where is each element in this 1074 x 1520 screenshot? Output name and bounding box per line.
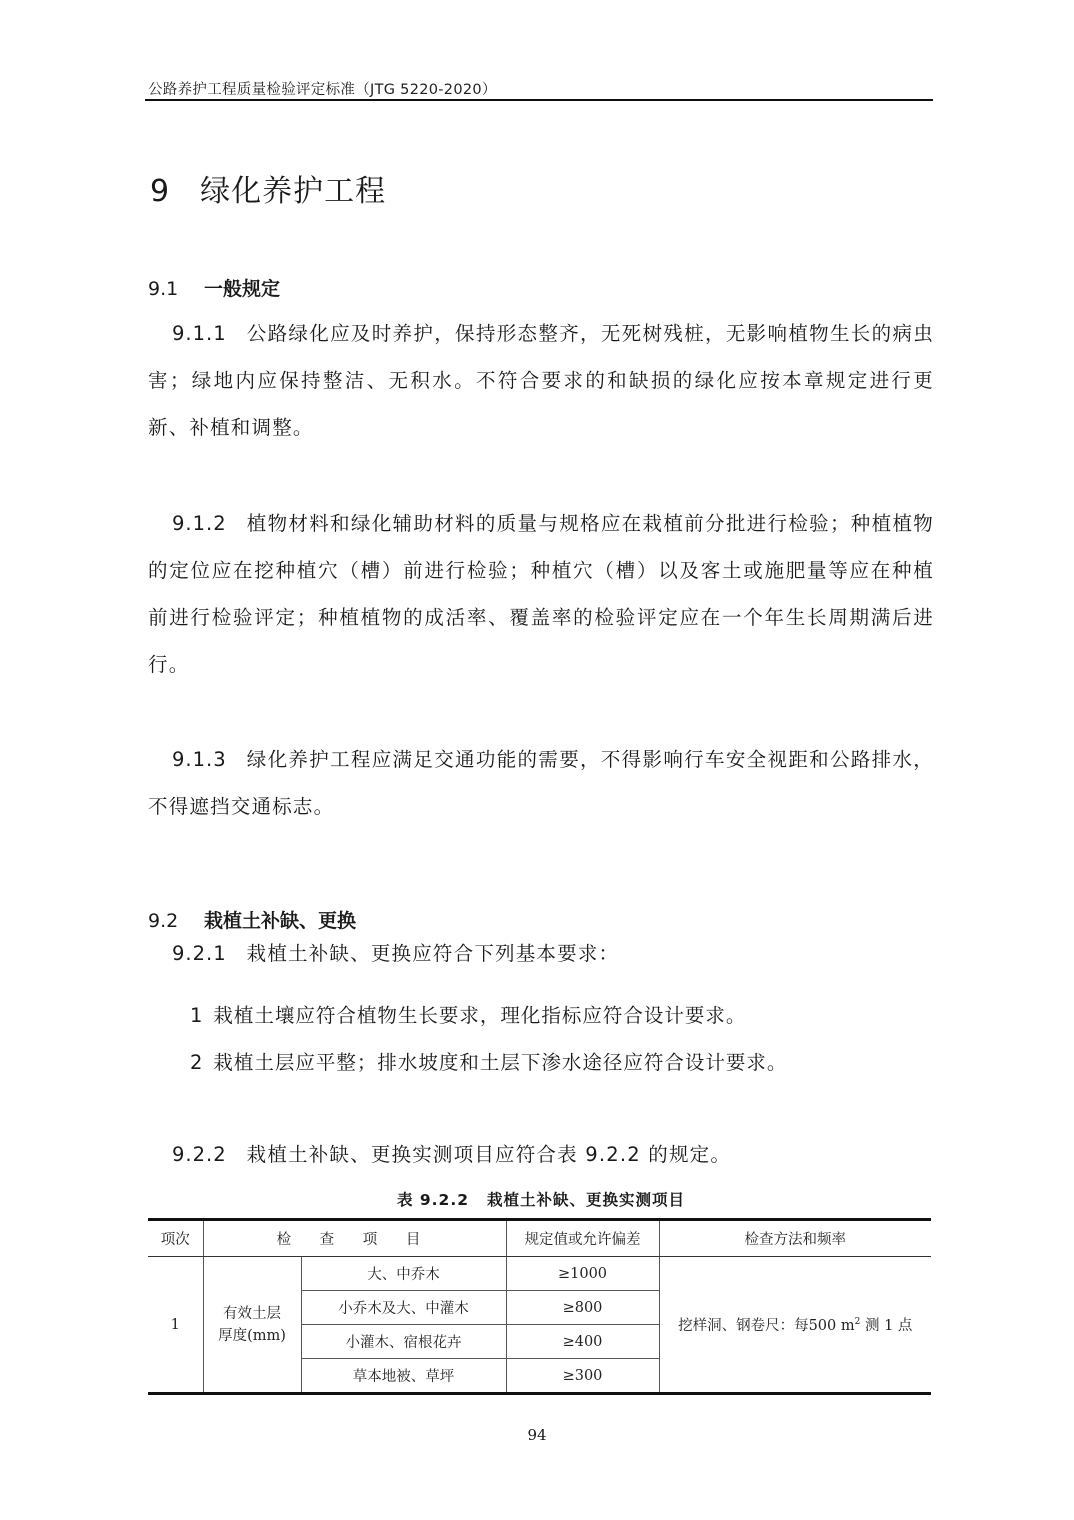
value-cell: ≥300 <box>506 1359 659 1394</box>
clause-text: 栽植土补缺、更换实测项目应符合表 9.2.2 的规定。 <box>247 1143 731 1166</box>
running-header: 公路养护工程质量检验评定标准（JTG 5220-2020） <box>148 78 497 99</box>
header-divider <box>145 99 933 101</box>
table-caption: 表 9.2.2栽植土补缺、更换实测项目 <box>148 1188 934 1210</box>
value-cell: ≥1000 <box>506 1257 659 1291</box>
clause-number: 9.1.3 <box>172 736 227 783</box>
header-item-no: 项次 <box>148 1220 203 1257</box>
table-header-row: 项次 检 查 项 目 规定值或允许偏差 检查方法和频率 <box>148 1220 931 1257</box>
clause-9-2-2: 9.2.2栽植土补缺、更换实测项目应符合表 9.2.2 的规定。 <box>148 1132 934 1178</box>
clause-9-1-3: 9.1.3绿化养护工程应满足交通功能的需要，不得影响行车安全视距和公路排水，不得… <box>148 736 934 830</box>
clause-number: 9.1.2 <box>172 500 227 547</box>
sub-item-cell: 草本地被、草坪 <box>301 1359 506 1394</box>
value-cell: ≥400 <box>506 1325 659 1359</box>
clause-number: 9.1.1 <box>172 310 227 357</box>
header-inspection-item: 检 查 项 目 <box>203 1220 506 1257</box>
clause-number: 9.2.1 <box>172 942 227 966</box>
chapter-title-text: 绿化养护工程 <box>200 174 386 209</box>
sub-item-cell: 小乔木及大、中灌木 <box>301 1291 506 1325</box>
group-label-cell: 有效土层 厚度(mm) <box>203 1257 301 1394</box>
header-method: 检查方法和频率 <box>659 1220 931 1257</box>
method-cell: 挖样洞、钢卷尺：每500 m2 测 1 点 <box>659 1257 931 1394</box>
sub-item-cell: 小灌木、宿根花卉 <box>301 1325 506 1359</box>
value-cell: ≥800 <box>506 1291 659 1325</box>
inspection-table: 项次 检 查 项 目 规定值或允许偏差 检查方法和频率 1 有效土层 厚度(mm… <box>148 1218 931 1395</box>
chapter-number: 9 <box>150 174 170 209</box>
section-heading-9-2: 9.2栽植土补缺、更换 <box>148 906 356 933</box>
clause-text: 栽植土补缺、更换应符合下列基本要求： <box>247 942 620 965</box>
clause-9-1-1: 9.1.1公路绿化应及时养护，保持形态整齐，无死树残桩，无影响植物生长的病虫害；… <box>148 310 934 451</box>
clause-text: 绿化养护工程应满足交通功能的需要，不得影响行车安全视距和公路排水，不得遮挡交通标… <box>148 748 934 818</box>
table-row: 1 有效土层 厚度(mm) 大、中乔木 ≥1000 挖样洞、钢卷尺：每500 m… <box>148 1257 931 1291</box>
requirement-item-1: 1栽植土壤应符合植物生长要求，理化指标应符合设计要求。 <box>190 1000 746 1028</box>
item-no-cell: 1 <box>148 1257 203 1394</box>
page-number: 94 <box>0 1426 1074 1444</box>
chapter-title: 9绿化养护工程 <box>150 166 386 210</box>
clause-text: 植物材料和绿化辅助材料的质量与规格应在栽植前分批进行检验；种植植物的定位应在挖种… <box>148 512 934 676</box>
clause-text: 公路绿化应及时养护，保持形态整齐，无死树残桩，无影响植物生长的病虫害；绿地内应保… <box>148 322 934 439</box>
sub-item-cell: 大、中乔木 <box>301 1257 506 1291</box>
header-spec-value: 规定值或允许偏差 <box>506 1220 659 1257</box>
clause-number: 9.2.2 <box>172 1132 227 1178</box>
requirement-item-2: 2栽植土层应平整；排水坡度和土层下渗水途径应符合设计要求。 <box>190 1047 787 1075</box>
clause-9-1-2: 9.1.2植物材料和绿化辅助材料的质量与规格应在栽植前分批进行检验；种植植物的定… <box>148 500 934 688</box>
section-heading-9-1: 9.1一般规定 <box>148 274 280 301</box>
clause-9-2-1: 9.2.1栽植土补缺、更换应符合下列基本要求： <box>148 942 934 966</box>
